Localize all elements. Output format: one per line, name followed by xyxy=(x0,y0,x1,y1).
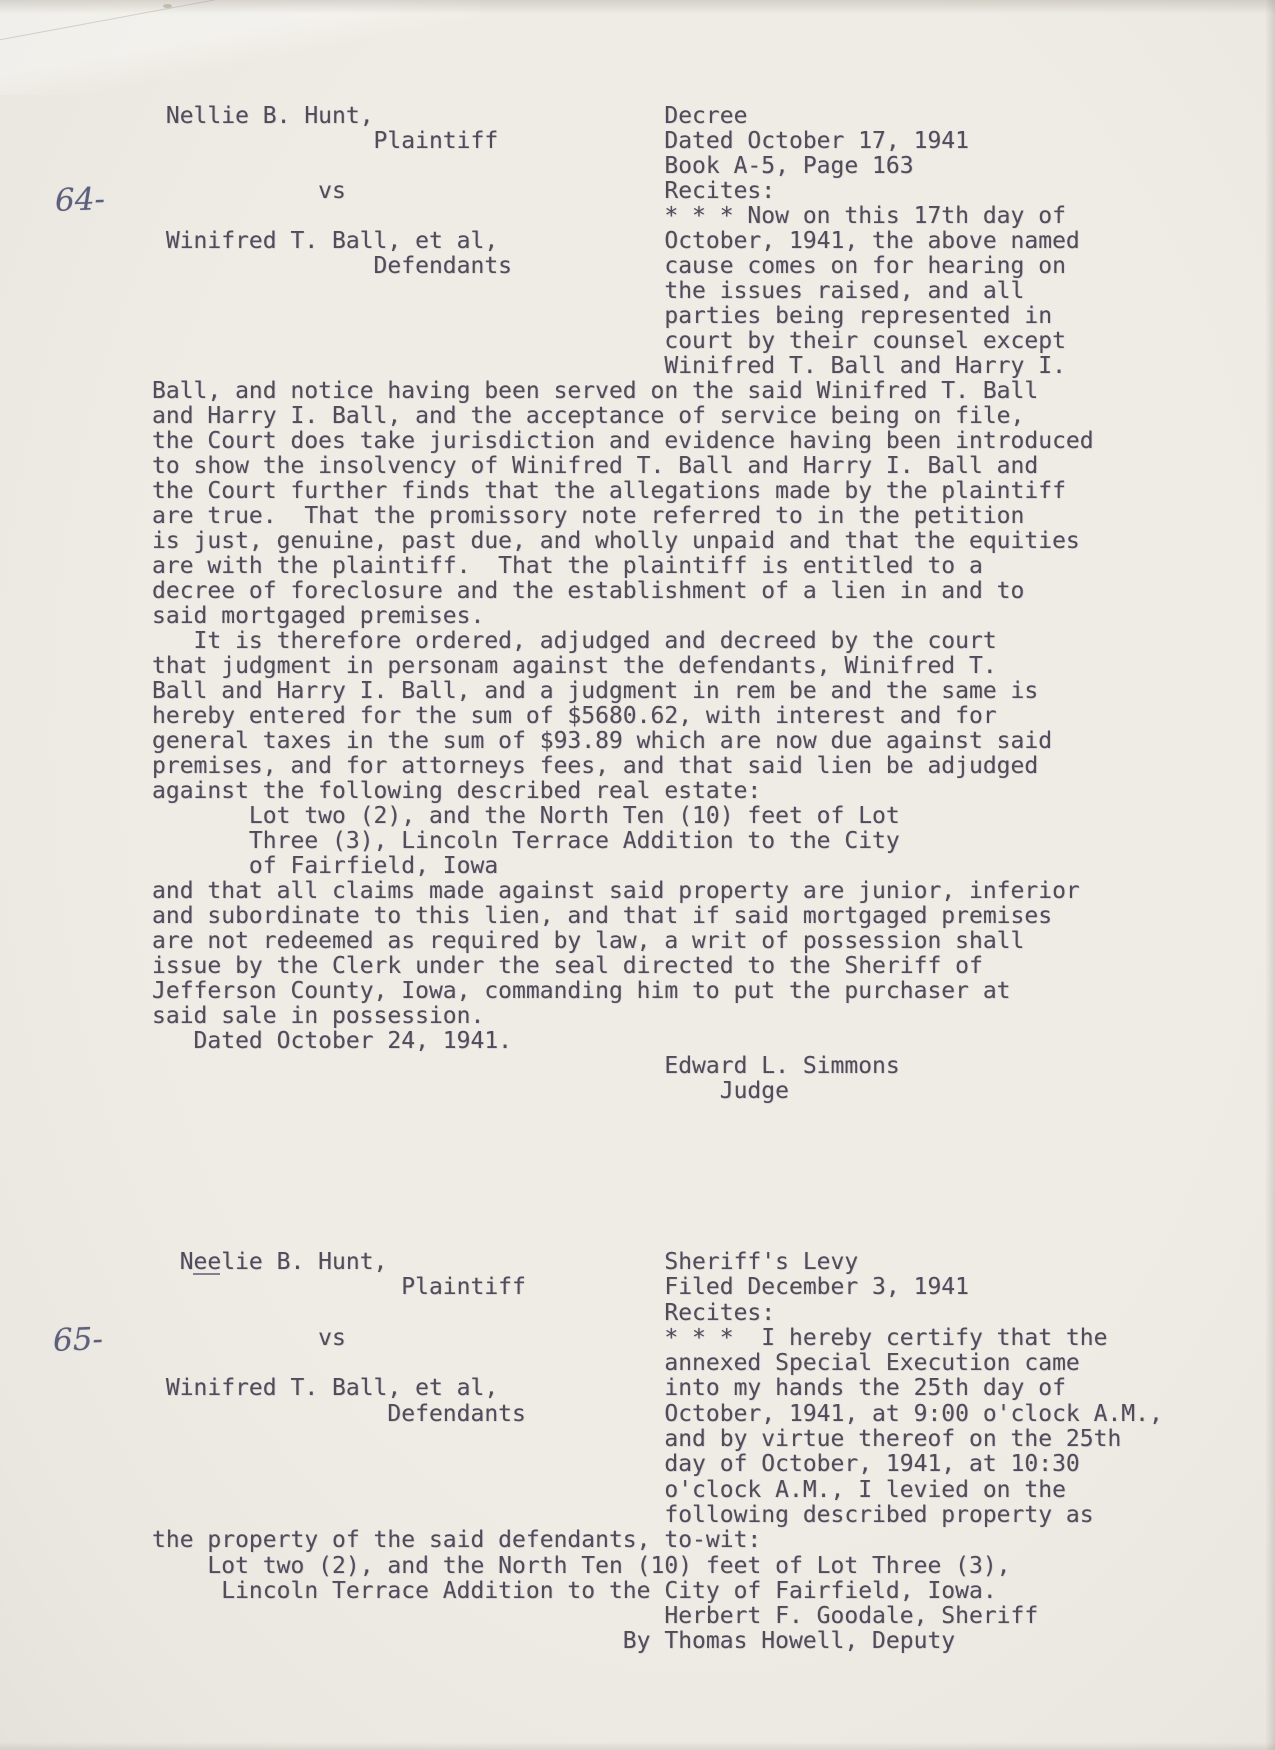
paper-speck xyxy=(163,4,172,8)
entry-65-margin-number: 65- xyxy=(52,1321,103,1359)
paper-edge-right xyxy=(1265,0,1275,1750)
paper-edge-bottom xyxy=(0,1742,1275,1750)
paper-fold-highlight xyxy=(0,0,480,95)
paper-edge-top xyxy=(0,0,1275,14)
typo-underline-mark xyxy=(193,1273,220,1275)
entry-65-sheriffs-levy-text: Neelie B. Hunt, Sheriff's Levy Plaintiff… xyxy=(152,1250,1163,1655)
entry-64-margin-number: 64- xyxy=(54,181,105,219)
scanned-abstract-page: 64- Nellie B. Hunt, Decree Plaintiff Dat… xyxy=(0,0,1275,1750)
entry-64-decree-text: Nellie B. Hunt, Decree Plaintiff Dated O… xyxy=(152,104,1094,1104)
